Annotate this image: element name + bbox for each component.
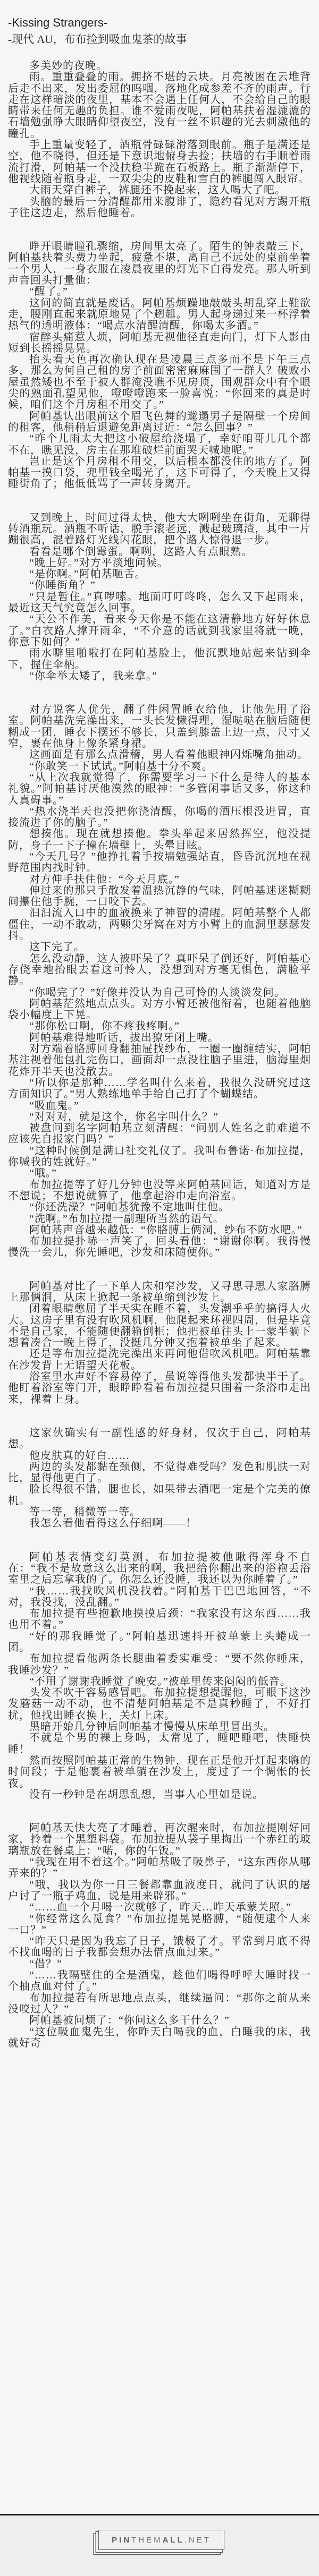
- story-paragraph: “从上次我就觉得了，你需要学习一下什么是待人的基本礼貌。”阿帕基讨厌他漠然的眼神…: [8, 772, 311, 806]
- story-paragraph: “不用了谢谢我睡觉了晚安。”被单里传来闷闷的低音。: [8, 1676, 311, 1687]
- story-paragraph: 头发不吹干容易感冒吧。布加拉提想提醒他，可眼下这沙发蘑菇一动不动，也不清楚阿帕基…: [8, 1687, 311, 1721]
- story-paragraph: “这位吸血鬼先生，你昨天白喝我的血，白睡我的床，我就好奇: [8, 2027, 311, 2050]
- section-break: [8, 1259, 311, 1281]
- logo-part: PIN: [112, 2536, 131, 2545]
- story-paragraph: “……血一个月喝一次就够了，昨天…昨天承蒙关照。”: [8, 1902, 311, 1913]
- story-paragraph: “我……我找吹风机没找着。”阿帕基干巴巴地回答，“不对，我没找，没乱翻。”: [8, 1586, 311, 1609]
- story-paragraph: 怎么没动静，这人被吓呆了？真吓呆了倒还好，阿帕基心存侥幸地抬眼去看这可怜人，没想…: [8, 953, 311, 987]
- section-break: [8, 1530, 311, 1552]
- story-paragraph: 宿醉头痛惹人烦，阿帕基无视他径直走向门，灯下人影由短到长摇摇晃晃。: [8, 332, 311, 355]
- story-paragraph: 布加拉提等了好几分钟也没等来阿帕基回话，知道对方是不想说；不想说就算了，他拿起浴…: [8, 1180, 311, 1202]
- story-paragraph: 这下完了。: [8, 942, 311, 953]
- section-break: [8, 1801, 311, 1823]
- story-paragraph: 想揍他。现在就想揍他。拳头举起来居然挥空，他没提防，身子一下子撞在墙壁上，头晕目…: [8, 829, 311, 851]
- story-paragraph: 布加拉提若有所思地点点头，继续逼问：“那你之前从来没咬过人？”: [8, 1993, 311, 2016]
- story-paragraph: 闭着眼睛憋屈了半天实在睡不着，头发潮乎乎的搞得人火大。这房子里有没有吹风机啊，他…: [8, 1303, 311, 1349]
- story-paragraph: “晚上好。”对方平淡地问候。: [8, 558, 311, 569]
- story-paragraph: “醒了。”: [8, 286, 311, 297]
- story-paragraph: “哦，我以为你一日三餐都靠血液度日，就问了认识的屠户讨了一瓶子鸡血，说是用来辟邪…: [8, 1880, 311, 1903]
- story-paragraph: “今天几号？”他挣扎着手按墙勉强站直，昏昏沉沉地在视野范围内找时钟。: [8, 851, 311, 874]
- story-paragraph: 看看是哪个倒霉蛋。啊咧，这路人有点眼熟。: [8, 547, 311, 558]
- story-paragraph: “昨个儿雨太大把这小破屋给浇塌了，幸好咱哥儿几个都不在，瞧见没，房主在那堆破烂前…: [8, 433, 311, 456]
- story-paragraph: “天公不作美，看来今天你是不能在这清静地方好好休息了。”白衣路人撑开雨伞，“不介…: [8, 614, 311, 648]
- story-paragraph: 伸过来的那只手散发着温热沉静的气味，阿帕基迷迷糊糊间攥住他手腕，一口咬下去。: [8, 885, 311, 908]
- story-paragraph: “洗啊。”布加拉提一副理所当然的语气。: [8, 1214, 311, 1225]
- story-paragraph: 大雨天穿白裤子，裤腿还不挽起来，这人喝大了吧。: [8, 185, 311, 196]
- story-paragraph: “你睡街角？”: [8, 580, 311, 591]
- logo-part: THEM: [131, 2536, 163, 2545]
- story-paragraph: “吸血鬼。”: [8, 1101, 311, 1112]
- story-paragraph: 我怎么看他看得这么仔细啊——！: [8, 1518, 311, 1529]
- story-paragraph: 阿帕基天快大亮了才睡着，再次醒来时，布加拉提刚好回家，拎着一个黑塑料袋。布加拉提…: [8, 1823, 311, 1857]
- story-subtitle: -现代 AU，布布捡到吸血鬼茶的故事: [8, 31, 311, 48]
- story-paragraph: “你喝完了？”好像并没认为自己可怜的人淡淡发问。: [8, 987, 311, 999]
- story-paragraph: 雨水噼里啪啦打在阿帕基脸上，他沉默地站起来钻到伞下，握住伞柄。: [8, 648, 311, 671]
- story-paragraph: “你还洗澡？”阿帕基犹豫不定地叫住他。: [8, 1202, 311, 1213]
- story-paragraph: 被盘问到名字阿帕基立刻清醒：“问别人姓名之前难道不应该先自报家门吗？”: [8, 1123, 311, 1146]
- story-paragraph: “好的那我睡觉了。”阿帕基迅速抖开被单蒙上头蜷成一团。: [8, 1631, 311, 1654]
- story-paragraph: 阿帕基对比了一下单人床和窄沙发，又寻思寻思人家胳膊上那俩洞，从床上掀起一条被单缩…: [8, 1281, 311, 1304]
- story-paragraph: 黑暗开始几分钟后阿帕基才慢慢从床单里冒出头。: [8, 1721, 311, 1733]
- story-paragraph: 这画面是有那么点滑稽，男人看着他眼神闪烁嘴角抽动。: [8, 749, 311, 761]
- story-body: 多美妙的夜晚。雨。重重叠叠的雨。拥挤不堪的云块。月亮被困在云堆背后走不出来，发出…: [8, 61, 311, 2049]
- story-paragraph: 等一等，稍微等一等。: [8, 1507, 311, 1518]
- story-paragraph: 两边的头发都黏在颈侧，不觉得难受吗？发色和肌肤一对比，显得他更白了。: [8, 1462, 311, 1485]
- story-paragraph: 这问的简直就是废话。阿帕基烦躁地敲敲头胡乱穿上鞋欲走，腰刚直起来就原地晃了个趔趄…: [8, 298, 311, 332]
- story-paragraph: 头脑的最后一分清醒都用来腹诽了，隐约看见对方踢开瓶子往这边走，然后他睡着。: [8, 197, 311, 219]
- story-paragraph: 手上重量变轻了，酒瓶骨碌碌滑落到眼前。瓶子是满还是空，他不晓得，但还是下意识地俯…: [8, 140, 311, 185]
- story-paragraph: “……我隔壁住的全是酒鬼，趁他们喝得呼呼大睡时找一个抽点血对付了。”: [8, 1970, 311, 1993]
- story-paragraph: 阿帕基难得地听话，拔出獠牙闭上嘴。: [8, 1033, 311, 1044]
- pinthemall-logo-text: PINTHEMALL.NET: [112, 2536, 211, 2545]
- story-paragraph: 布加拉提扑哧一声笑了，回头看他：“谢谢你啊。我得慢慢洗一会儿，你先睡吧，沙发和床…: [8, 1236, 311, 1259]
- story-paragraph: 阿帕基表情变幻莫测，布加拉提被他瞅得浑身不自在：“我不是故意这么出来的啊，我把给…: [8, 1552, 311, 1586]
- story-paragraph: “哦。”: [8, 1168, 311, 1179]
- story-paragraph: 岂止是这个月房租不用交，以后根本都没住的地方了。阿帕基一摸口袋，兜里钱全喝光了，…: [8, 456, 311, 490]
- document-page: -Kissing Strangers- -现代 AU，布布捡到吸血鬼茶的故事 多…: [0, 0, 319, 2514]
- story-paragraph: “你敢笑一下试试。”阿帕基十分不爽。: [8, 761, 311, 772]
- story-paragraph: 布加拉提有些抱歉地摸摸后颈：“我家没有这东西……我也用不着。”: [8, 1608, 311, 1631]
- story-paragraph: 然而按照阿帕基正常的生物钟，现在正是他开灯起来嗨的时间段；于是他裹着被单躺在沙发…: [8, 1755, 311, 1789]
- story-paragraph: “那你松口啊，你不疼我疼啊。”: [8, 1021, 311, 1032]
- story-paragraph: 阿帕基声音越来越低：“你胳膊上俩洞，纱布不防水吧。”: [8, 1225, 311, 1236]
- story-paragraph: “借？”: [8, 1959, 311, 1970]
- section-break: [8, 219, 311, 241]
- story-paragraph: “这种时候倒是满口社交礼仪了。我叫布鲁诺·布加拉提，你喊我的姓就好。”: [8, 1146, 311, 1168]
- story-paragraph: 阿帕基被问烦了：“你问这么多干什么？”: [8, 2015, 311, 2026]
- story-paragraph: “昨天只是因为我忘了日子，饿极了才。平常到月底不得不找血喝的日子我都会想办法借点…: [8, 1936, 311, 1959]
- story-paragraph: “你经常这么觅食？”布加拉提晃晃胳膊，“随便逮个人来一口？”: [8, 1914, 311, 1937]
- story-paragraph: 多美妙的夜晚。: [8, 61, 311, 72]
- story-paragraph: 布加拉提看他两条长腿曲着委实难受：“要不然你睡床，我睡沙发？”: [8, 1653, 311, 1676]
- section-break: [8, 1405, 311, 1428]
- logo-part: .NET: [184, 2536, 211, 2545]
- story-header: -Kissing Strangers- -现代 AU，布布捡到吸血鬼茶的故事: [8, 15, 311, 48]
- story-paragraph: “只是暂住。”真啰嗦。地面叮叮咚咚，怎么又下起雨来，最近这天气究竟怎么回事。: [8, 592, 311, 615]
- pinthemall-logo[interactable]: PINTHEMALL.NET: [98, 2530, 224, 2550]
- story-paragraph: “你伞举太矮了，我来拿。”: [8, 671, 311, 682]
- story-paragraph: 浴室里水声好不容易停了，虽说等得他头发都快半干了。他盯着浴室等门开，眼睁睁看着布…: [8, 1371, 311, 1405]
- story-paragraph: 这家伙确实有一副性感的好身材，仅次于自己，阿帕基想。: [8, 1428, 311, 1451]
- footer: PINTHEMALL.NET: [0, 2514, 319, 2576]
- story-title: -Kissing Strangers-: [8, 15, 311, 31]
- logo-part: ALL: [163, 2536, 184, 2545]
- story-paragraph: 汩汩流入口中的血液换来了神智的清醒。阿帕基整个人都僵住，一动不敢动，两颗尖牙窝在…: [8, 908, 311, 942]
- story-paragraph: 阿帕基茫然地点点头。对方小臂还被他衔着，也随着他脑袋小幅度上下晃。: [8, 999, 311, 1021]
- story-paragraph: 雨。重重叠叠的雨。拥挤不堪的云块。月亮被困在云堆背后走不出来，发出委屈的呜咽，落…: [8, 72, 311, 140]
- story-paragraph: 阿帕基认出眼前这个眉飞色舞的邋遢男子是隔壁一个房间的租客，他稍稍后退避免距离过近…: [8, 411, 311, 434]
- story-paragraph: “热水浇半天也没把你浇清醒，你喝的酒压根没进胃，直接流进了你的脑子。”: [8, 806, 311, 829]
- story-paragraph: 对方端着胳膊回身翻抽屉找纱布，一圈一圈缠结实，阿帕基注视着他包扎完伤口，画面却一…: [8, 1044, 311, 1078]
- story-paragraph: 还是等布加拉提洗完澡出来再问他借吹风机吧。阿帕基靠在沙发背上无语望天花板。: [8, 1349, 311, 1371]
- section-break: [8, 490, 311, 513]
- story-paragraph: 对方说客人优先，翻了件闲置睡衣给他，让他先用了浴室。阿帕基洗完澡出来，一头长发懒…: [8, 704, 311, 749]
- story-paragraph: “所以你是那种……学名叫什么来着，我很久没研究过这方面知识了。”男人熟练地单手给…: [8, 1078, 311, 1101]
- story-paragraph: 没有一秒钟是在胡思乱想，当事人心里如是说。: [8, 1789, 311, 1801]
- story-paragraph: 不就是个男的裸上身吗，太常见了，睡吧睡吧，快睡快睡！: [8, 1733, 311, 1755]
- section-break: [8, 682, 311, 704]
- story-paragraph: 他皮肤真的好白……: [8, 1451, 311, 1462]
- story-paragraph: 对方伸手扶住他：“今天月底。”: [8, 874, 311, 885]
- story-paragraph: 脸长得很不错，腿也长，如果带去酒吧一定是个完美的僚机。: [8, 1484, 311, 1507]
- story-paragraph: “是你啊。”阿帕基咂舌。: [8, 569, 311, 580]
- story-paragraph: 睁开眼睛瞳孔骤缩，房间里太亮了。陌生的钟表敲三下，阿帕基扶着头费力坐起，疲惫不堪…: [8, 241, 311, 286]
- story-paragraph: 又到晚上，时间过得太快，他大大咧咧坐在街角，无聊得转酒瓶玩。酒瓶不听话，脱手滚老…: [8, 513, 311, 547]
- story-paragraph: “对对对，就是这个，你名字叫什么？”: [8, 1112, 311, 1123]
- story-paragraph: 抬头看天色再次确认现在是凌晨三点多而不是下午三点多，那么为何自己租的房子前面密密…: [8, 354, 311, 411]
- story-paragraph: “我现在用不着这个。”阿帕基吸了吸鼻子，“这东西你从哪弄来的？”: [8, 1857, 311, 1880]
